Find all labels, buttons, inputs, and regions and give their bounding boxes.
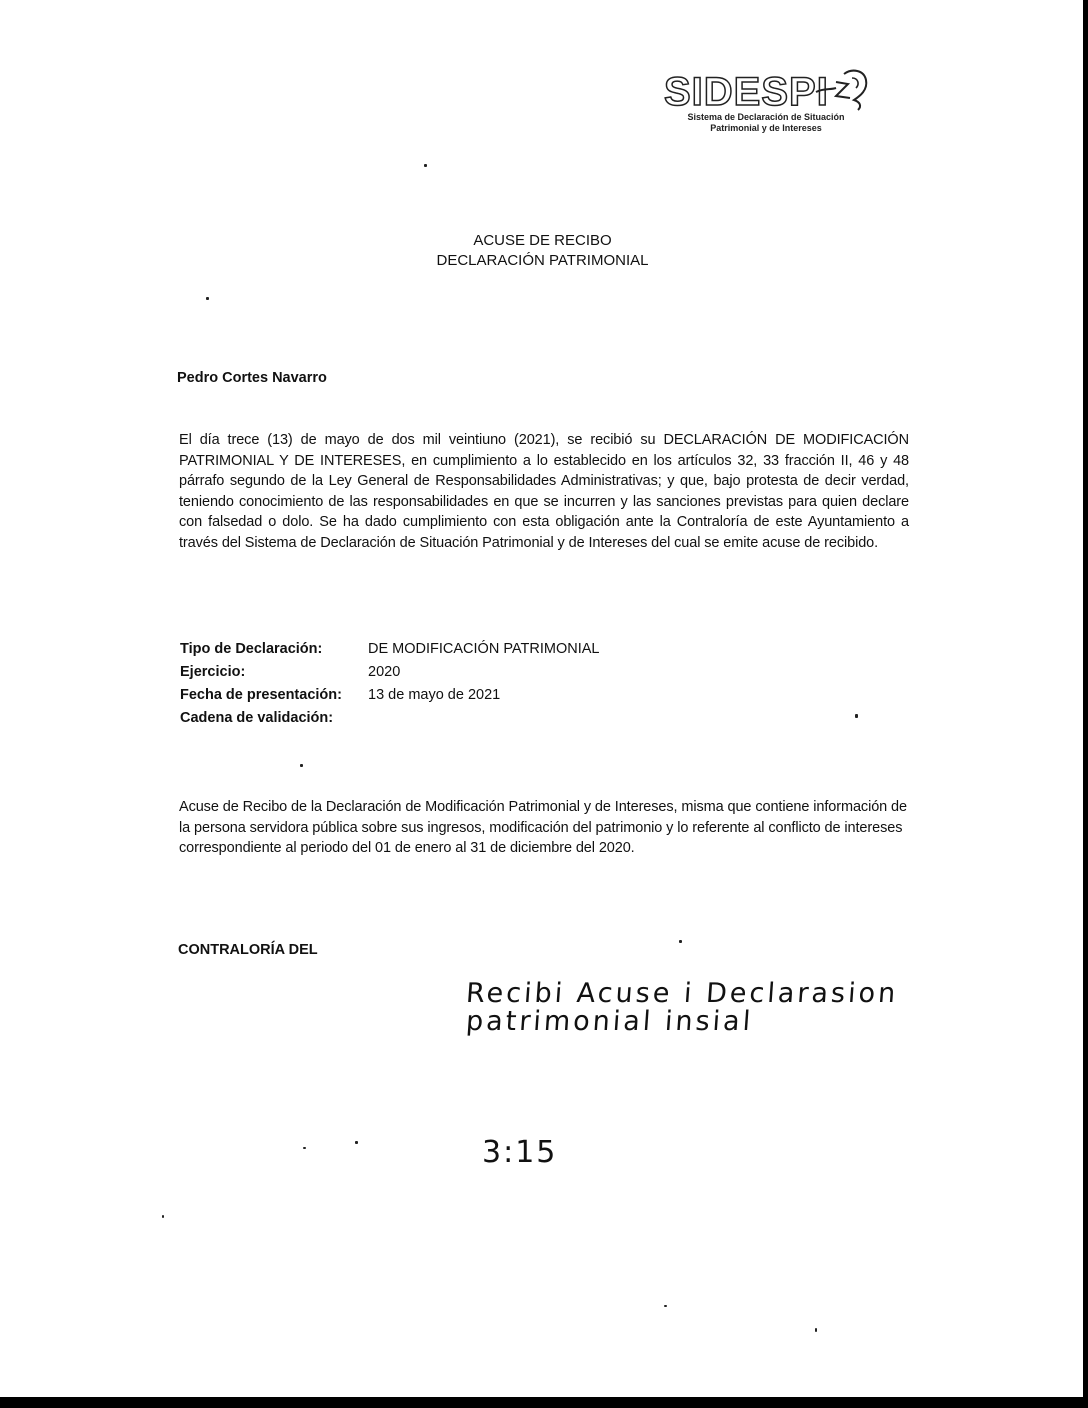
title-line-2: DECLARACIÓN PATRIMONIAL	[380, 251, 705, 271]
logo-subtitle-2: Patrimonial y de Intereses	[666, 123, 866, 134]
scan-speck	[355, 1141, 358, 1144]
handwritten-note: Recibi Acuse i Declarasion patrimonial i…	[466, 980, 926, 1036]
scan-speck	[664, 1305, 667, 1307]
field-value: DE MODIFICACIÓN PATRIMONIAL	[368, 641, 599, 657]
logo-wordmark: SIDESPI	[664, 72, 829, 112]
scan-speck	[424, 164, 427, 167]
field-label: Fecha de presentación:	[180, 687, 368, 703]
body-paragraph: El día trece (13) de mayo de dos mil vei…	[179, 430, 909, 553]
scan-speck	[303, 1147, 306, 1149]
field-row-tipo: Tipo de Declaración: DE MODIFICACIÓN PAT…	[180, 637, 599, 660]
field-row-ejercicio: Ejercicio: 2020	[180, 660, 599, 683]
scan-border-right	[1083, 0, 1088, 1408]
title-line-1: ACUSE DE RECIBO	[380, 231, 705, 251]
scan-speck	[815, 1328, 817, 1332]
scan-speck	[162, 1215, 164, 1218]
sidespi-logo: SIDESPI Sistema de Declaración de Situac…	[664, 72, 874, 134]
handwritten-line-1: Recibi Acuse i Declarasion	[465, 980, 927, 1008]
field-value: 13 de mayo de 2021	[368, 687, 500, 703]
field-value: 2020	[368, 664, 400, 680]
handwritten-time: 3:15	[482, 1135, 557, 1170]
field-row-fecha: Fecha de presentación: 13 de mayo de 202…	[180, 683, 599, 706]
scan-speck	[855, 714, 858, 718]
field-label: Tipo de Declaración:	[180, 641, 368, 657]
handwritten-line-2: patrimonial insial	[465, 1008, 927, 1036]
logo-arrow-icon	[814, 66, 874, 112]
document-title: ACUSE DE RECIBO DECLARACIÓN PATRIMONIAL	[380, 231, 705, 271]
declaration-details: Tipo de Declaración: DE MODIFICACIÓN PAT…	[180, 637, 599, 729]
scan-speck	[300, 764, 303, 767]
field-label: Ejercicio:	[180, 664, 368, 680]
field-label: Cadena de validación:	[180, 710, 368, 726]
summary-paragraph: Acuse de Recibo de la Declaración de Mod…	[179, 797, 914, 859]
scan-border-bottom	[0, 1397, 1088, 1408]
logo-subtitle-1: Sistema de Declaración de Situación	[666, 112, 866, 123]
recipient-name: Pedro Cortes Navarro	[177, 370, 327, 386]
scan-speck	[206, 297, 209, 300]
signature-block: CONTRALORÍA DEL	[178, 942, 318, 958]
scan-speck	[679, 940, 682, 943]
field-row-cadena: Cadena de validación:	[180, 706, 599, 729]
